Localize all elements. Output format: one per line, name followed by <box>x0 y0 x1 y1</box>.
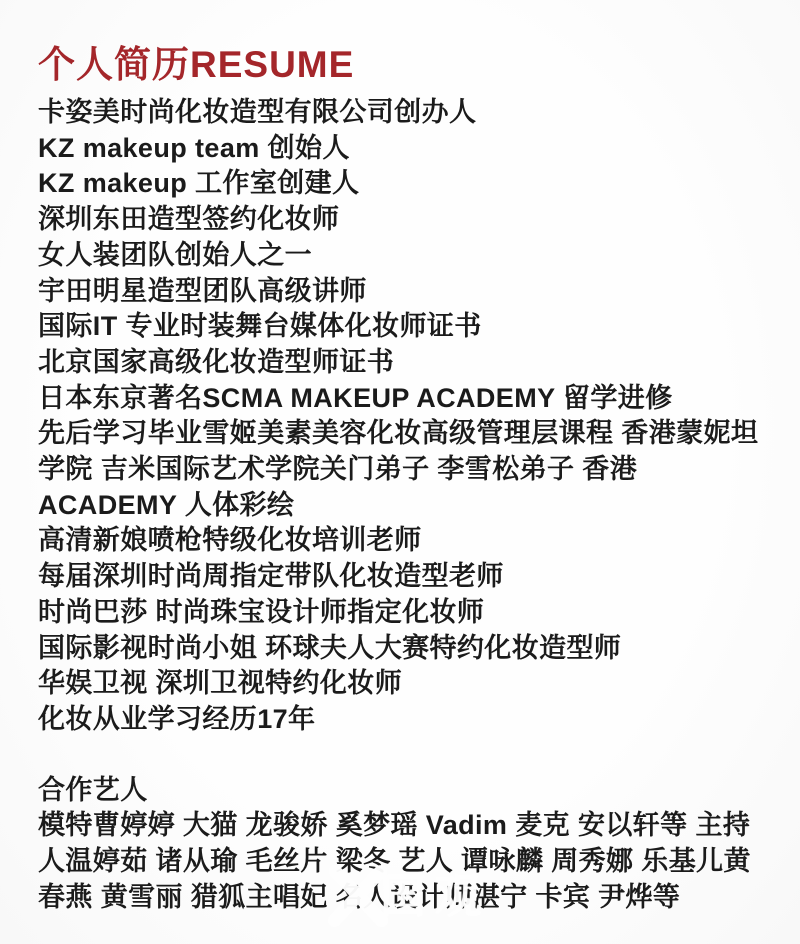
credential-line: 先后学习毕业雪姬美素美容化妆高级管理层课程 香港蒙妮坦 <box>38 416 794 452</box>
artists-heading: 合作艺人 <box>38 773 794 809</box>
credential-line: 高清新娘喷枪特级化妆培训老师 <box>38 523 794 559</box>
credential-line: 北京国家高级化妆造型师证书 <box>38 345 794 381</box>
artists-line: 模特曹婷婷 大猫 龙骏娇 奚梦瑶 Vadim 麦克 安以轩等 主持 <box>38 808 794 844</box>
credential-line: 卡姿美时尚化妆造型有限公司创办人 <box>38 95 794 131</box>
artists-line: 春燕 黄雪丽 猎狐主唱妃 名人设计师湛宁 卡宾 尹烨等 <box>38 880 794 916</box>
credential-line: ACADEMY 人体彩绘 <box>38 488 794 524</box>
artists-line: 人温婷茹 诸从瑜 毛丝片 梁冬 艺人 谭咏麟 周秀娜 乐基儿黄 <box>38 844 794 880</box>
credential-line: 国际影视时尚小姐 环球夫人大赛特约化妆造型师 <box>38 631 794 667</box>
resume-photo: 个人简历RESUME 卡姿美时尚化妆造型有限公司创办人 KZ makeup te… <box>0 0 800 944</box>
credential-line: 每届深圳时尚周指定带队化妆造型老师 <box>38 559 794 595</box>
credential-line: 时尚巴莎 时尚珠宝设计师指定化妆师 <box>38 595 794 631</box>
credential-line: KZ makeup team 创始人 <box>38 131 794 167</box>
credential-line: KZ makeup 工作室创建人 <box>38 166 794 202</box>
credential-line: 宇田明星造型团队高级讲师 <box>38 274 794 310</box>
credential-line: 深圳东田造型签约化妆师 <box>38 202 794 238</box>
resume-content: 个人简历RESUME 卡姿美时尚化妆造型有限公司创办人 KZ makeup te… <box>38 42 794 915</box>
credential-line: 学院 吉米国际艺术学院关门弟子 李雪松弟子 香港 <box>38 452 794 488</box>
page-title: 个人简历RESUME <box>38 42 794 88</box>
credential-line: 女人装团队创始人之一 <box>38 238 794 274</box>
section-gap <box>38 738 794 773</box>
credential-line: 日本东京著名SCMA MAKEUP ACADEMY 留学进修 <box>38 381 794 417</box>
credential-line: 国际IT 专业时装舞台媒体化妆师证书 <box>38 309 794 345</box>
credential-line: 华娱卫视 深圳卫视特约化妆师 <box>38 666 794 702</box>
credential-line: 化妆从业学习经历17年 <box>38 702 794 738</box>
